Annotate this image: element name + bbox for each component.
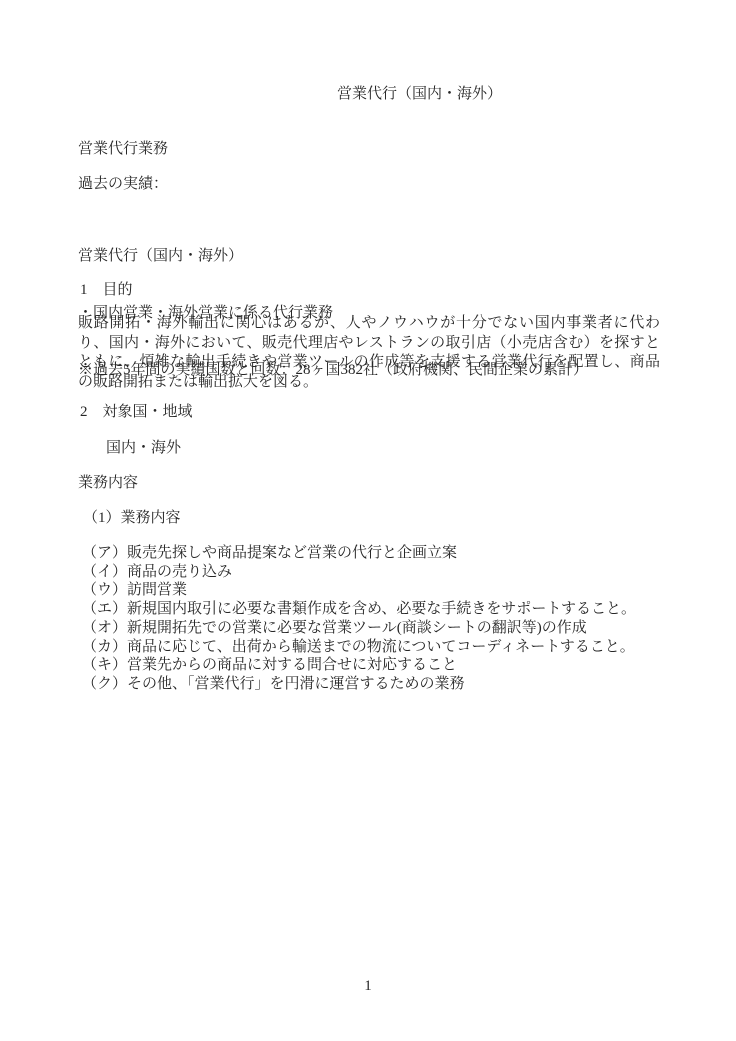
task-item-i: （イ）商品の売り込み: [82, 563, 636, 582]
section-2-body: 国内・海外: [106, 439, 181, 458]
task-item-ka: （カ）商品に応じて、出荷から輸送までの物流についてコーディネートすること。: [82, 638, 636, 657]
task-item-a: （ア）販売先探しや商品提案など営業の代行と企画立案: [82, 544, 636, 563]
tasks-list: （ア）販売先探しや商品提案など営業の代行と企画立案 （イ）商品の売り込み （ウ）…: [82, 544, 636, 694]
task-item-ki: （キ）営業先からの商品に対する問合せに対応すること: [82, 656, 636, 675]
task-item-ku: （ク）その他、「営業代行」を円滑に運営するための業務: [82, 675, 636, 694]
tasks-heading: 業務内容: [78, 474, 138, 493]
past-results-line: 営業代行（国内・海外）: [78, 247, 588, 266]
page-number: 1: [78, 977, 658, 996]
document-page: 営業代行（国内・海外） 営業代行業務 過去の実績： 営業代行（国内・海外） ・国…: [0, 0, 736, 1041]
document-title: 営業代行（国内・海外）: [337, 85, 502, 104]
past-results-label: 過去の実績：: [78, 175, 168, 194]
task-item-u: （ウ）訪問営業: [82, 581, 636, 600]
task-item-e: （エ）新規国内取引に必要な書類作成を含め、必要な手続きをサポートすること。: [82, 600, 636, 619]
tasks-subheading: （1）業務内容: [83, 509, 181, 528]
section-1-body: 販路開拓・海外輸出に関心はあるが、人やノウハウが十分でない国内事業者に代わり、国…: [78, 314, 660, 392]
section-1-heading: 1 目的: [80, 281, 133, 300]
intro-heading: 営業代行業務: [78, 140, 168, 159]
task-item-o: （オ）新規開拓先での営業に必要な営業ツール(商談シートの翻訳等)の作成: [82, 619, 636, 638]
section-2-heading: 2 対象国・地域: [80, 403, 193, 422]
